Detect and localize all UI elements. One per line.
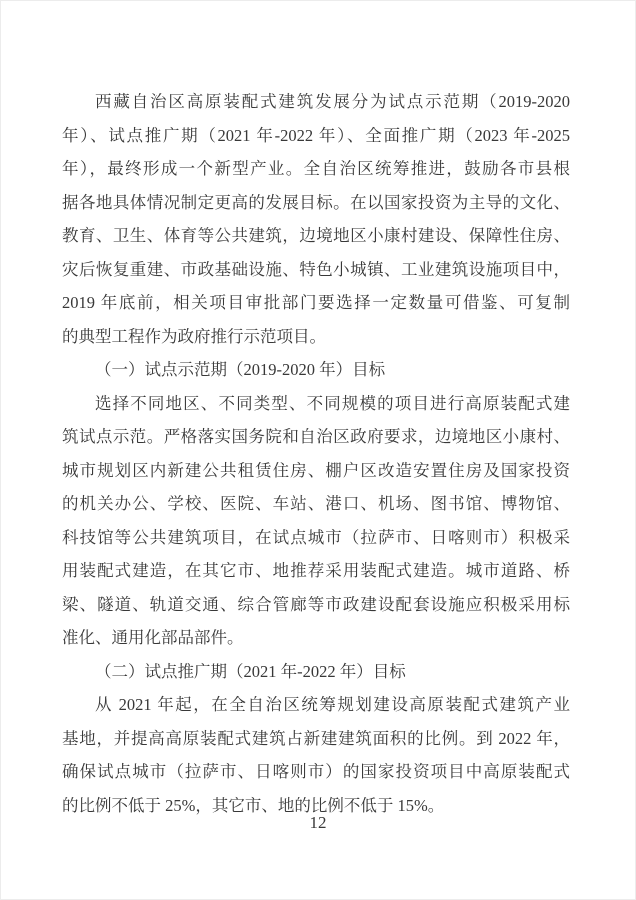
section-heading-1: （一）试点示范期（2019-2020 年）目标 [62, 353, 570, 387]
text-line: 教育、卫生、体育等公共建筑，边境地区小康村建设、保障性住房、 [62, 219, 570, 253]
text-line: 西藏自治区高原装配式建筑发展分为试点示范期（2019-2020 [62, 85, 570, 119]
text-line: 梁、隧道、轨道交通、综合管廊等市政建设配套设施应积极采用标 [62, 588, 570, 622]
page-number: 12 [0, 812, 636, 834]
text-line: 基地，并提高高原装配式建筑占新建建筑面积的比例。到 2022 年， [62, 722, 570, 756]
text-line: 准化、通用化部品部件。 [62, 621, 570, 655]
text-line: 2019 年底前，相关项目审批部门要选择一定数量可借鉴、可复制 [62, 286, 570, 320]
text-line: 的典型工程作为政府推行示范项目。 [62, 320, 570, 354]
text-line: 年）、试点推广期（2021 年-2022 年）、全面推广期（2023 年-202… [62, 119, 570, 153]
section-heading-2: （二）试点推广期（2021 年-2022 年）目标 [62, 655, 570, 689]
text-line: 科技馆等公共建筑项目，在试点城市（拉萨市、日喀则市）积极采 [62, 521, 570, 555]
text-line: 选择不同地区、不同类型、不同规模的项目进行高原装配式建 [62, 387, 570, 421]
text-line: 确保试点城市（拉萨市、日喀则市）的国家投资项目中高原装配式 [62, 755, 570, 789]
text-line: 从 2021 年起，在全自治区统筹规划建设高原装配式建筑产业 [62, 688, 570, 722]
text-line: 据各地具体情况制定更高的发展目标。在以国家投资为主导的文化、 [62, 186, 570, 220]
text-line: 的机关办公、学校、医院、车站、港口、机场、图书馆、博物馆、 [62, 487, 570, 521]
text-block: 西藏自治区高原装配式建筑发展分为试点示范期（2019-2020 年）、试点推广期… [62, 85, 570, 822]
text-line: 年），最终形成一个新型产业。全自治区统筹推进，鼓励各市县根 [62, 152, 570, 186]
text-line: 灾后恢复重建、市政基础设施、特色小城镇、工业建筑设施项目中， [62, 253, 570, 287]
text-line: 用装配式建造，在其它市、地推荐采用装配式建造。城市道路、桥 [62, 554, 570, 588]
document-page: 西藏自治区高原装配式建筑发展分为试点示范期（2019-2020 年）、试点推广期… [0, 0, 636, 900]
text-line: 筑试点示范。严格落实国务院和自治区政府要求，边境地区小康村、 [62, 420, 570, 454]
text-line: 城市规划区内新建公共租赁住房、棚户区改造安置住房及国家投资 [62, 454, 570, 488]
